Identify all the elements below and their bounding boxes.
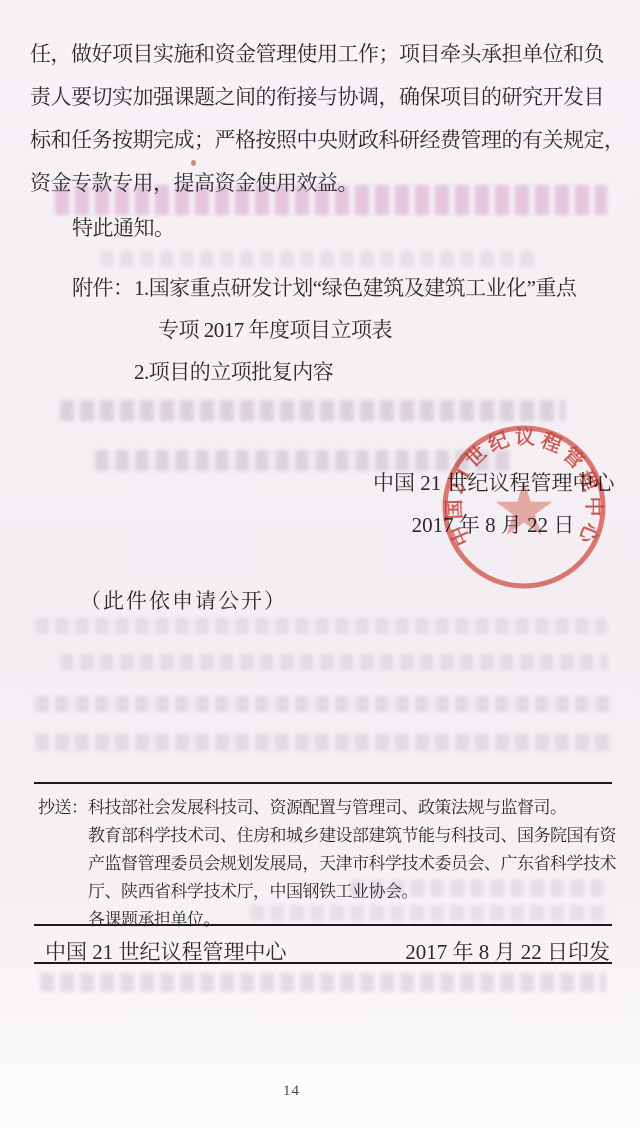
separator-rule-top: [34, 782, 612, 784]
disclosure-note: （此件依申请公开）: [80, 585, 287, 615]
bleedthrough-line: [100, 251, 540, 267]
bleedthrough-line: [40, 973, 606, 992]
closing-line: 特此通知。: [72, 207, 640, 250]
official-seal: 中国21世纪议程管理中心: [436, 421, 612, 597]
cc-line: 产监督管理委员会规划发展局，天津市科学技术委员会、广东省科学技术: [88, 850, 616, 878]
bleedthrough-line: [35, 696, 610, 712]
bleedthrough-line: [35, 618, 607, 634]
attachment-item-1-line-1: 1.国家重点研发计划“绿色建筑及建筑工业化”重点: [134, 272, 576, 302]
footer-issuer: 中国 21 世纪议程管理中心: [45, 936, 287, 966]
page-number: 14: [283, 1083, 300, 1100]
body-line: 资金专款专用，提高资金使用效益。: [30, 162, 616, 205]
footer-print-date: 2017 年 8 月 22 日印发: [405, 936, 610, 966]
body-line: 标和任务按期完成；严格按照中央财政科研经费管理的有关规定，: [30, 119, 616, 162]
seal-star-icon: [496, 481, 553, 535]
scanned-document-page: 任，做好项目实施和资金管理使用工作；项目牵头承担单位和负 责人要切实加强课题之间…: [0, 0, 640, 1136]
cc-line: 科技部社会发展科技司、资源配置与管理司、政策法规与监督司。: [88, 794, 616, 822]
cc-label: 抄送：: [38, 794, 88, 822]
attachment-item-1-line-2: 专项 2017 年度项目立项表: [158, 314, 392, 344]
attachment-item-2: 2.项目的立项批复内容: [134, 356, 333, 386]
bleedthrough-line: [60, 400, 565, 421]
cc-line: 各课题承担单位。: [88, 906, 616, 934]
body-line: 责人要切实加强课题之间的衔接与协调，确保项目的研究开发目: [30, 76, 616, 119]
bleedthrough-line: [60, 654, 608, 670]
cc-line: 教育部科学技术司、住房和城乡建设部建筑节能与科技司、国务院国有资: [88, 822, 616, 850]
body-line: 任，做好项目实施和资金管理使用工作；项目牵头承担单位和负: [30, 33, 616, 76]
cc-line: 厅、陕西省科学技术厅，中国钢铁工业协会。: [88, 878, 616, 906]
bleedthrough-line: [35, 734, 610, 751]
attachment-label: 附件：: [72, 272, 134, 302]
